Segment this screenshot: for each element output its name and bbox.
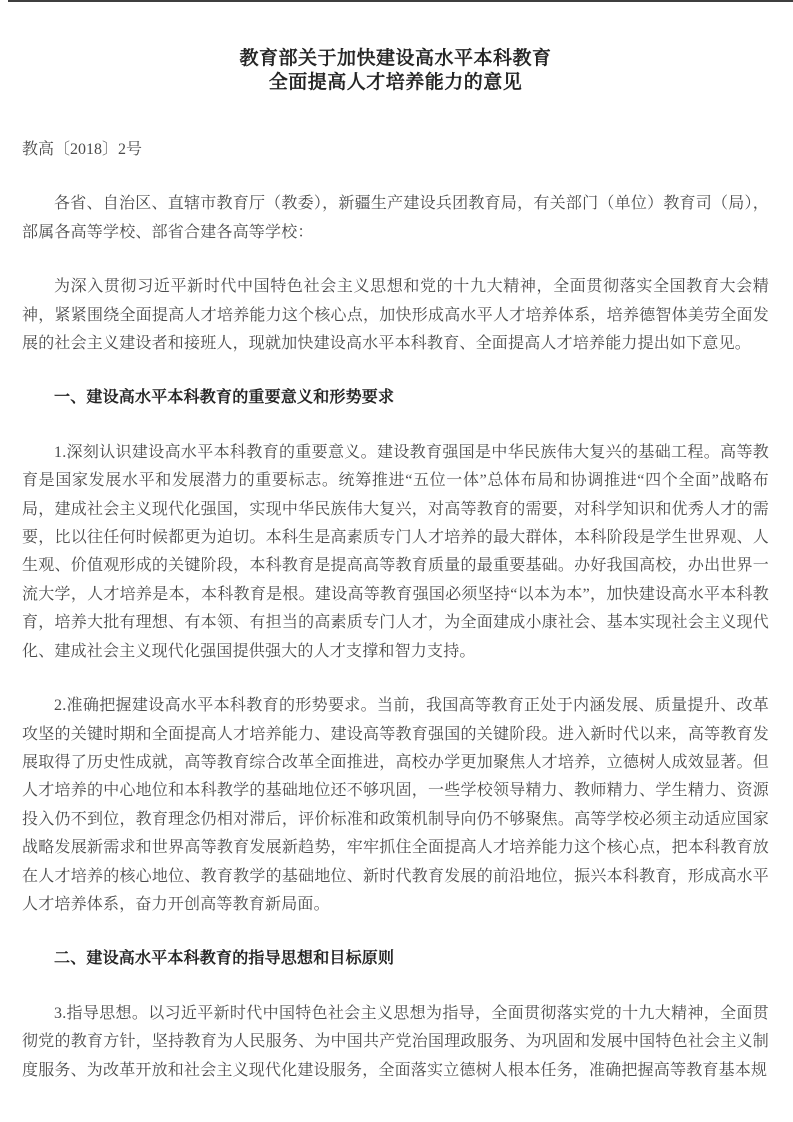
paragraph: 为深入贯彻习近平新时代中国特色社会主义思想和党的十九大精神，全面贯彻落实全国教育… — [22, 273, 769, 358]
document-body: 各省、自治区、直辖市教育厅（教委），新疆生产建设兵团教育局，有关部门（单位）教育… — [22, 190, 769, 1085]
document-page: 教育部关于加快建设高水平本科教育 全面提高人才培养能力的意见 教高〔2018〕2… — [0, 0, 793, 1085]
document-title-line1: 教育部关于加快建设高水平本科教育 — [22, 47, 769, 71]
salutation: 各省、自治区、直辖市教育厅（教委），新疆生产建设兵团教育局，有关部门（单位）教育… — [22, 190, 769, 247]
document-number: 教高〔2018〕2号 — [22, 136, 769, 164]
paragraph: 3.指导思想。以习近平新时代中国特色社会主义思想为指导，全面贯彻落实党的十九大精… — [22, 1000, 769, 1085]
document-title-line2: 全面提高人才培养能力的意见 — [22, 71, 769, 95]
paragraph: 2.准确把握建设高水平本科教育的形势要求。当前，我国高等教育正处于内涵发展、质量… — [22, 692, 769, 919]
section-heading: 一、建设高水平本科教育的重要意义和形势要求 — [22, 384, 769, 412]
document-title: 教育部关于加快建设高水平本科教育 全面提高人才培养能力的意见 — [22, 47, 769, 95]
paragraph: 1.深刻认识建设高水平本科教育的重要意义。建设教育强国是中华民族伟大复兴的基础工… — [22, 439, 769, 666]
page-top-border — [8, 0, 793, 2]
section-heading: 二、建设高水平本科教育的指导思想和目标原则 — [22, 945, 769, 973]
